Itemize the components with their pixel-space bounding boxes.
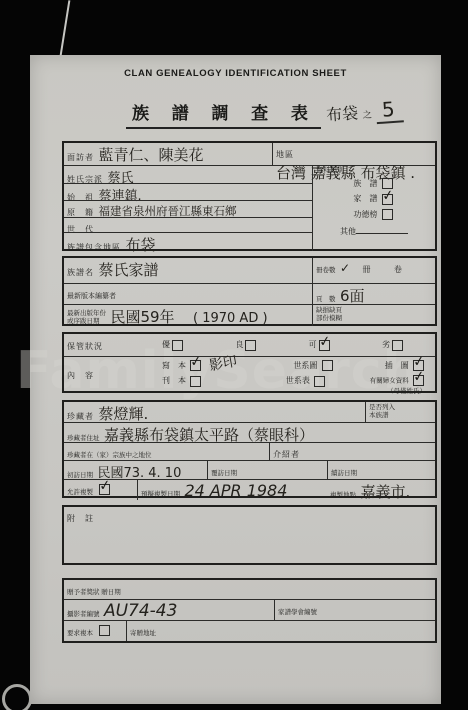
address-cell: 珍藏者住址 嘉義縣布袋鎮太平路（蔡眼科）: [64, 423, 435, 442]
condition-lie: 劣: [382, 339, 405, 350]
region-cell: 地區 台灣 嘉義縣 布袋鎮 .: [272, 143, 435, 165]
editor-label: 最新版本編纂者: [67, 293, 116, 300]
introducer-cell: 介紹者: [269, 443, 435, 460]
jiapu-label: 家 譜: [353, 194, 377, 203]
editor-cell: 最新版本編纂者: [64, 284, 312, 304]
section-book-info: 族譜名 蔡氏家譜 冊卷數 ✓ 冊 卷 最新版本編纂者 頁 數 6面: [62, 256, 437, 326]
manuscript-annotation: 影印: [207, 351, 238, 376]
condition-you: 優: [162, 339, 185, 350]
print-checkbox: [190, 376, 201, 387]
interviewer-value: 藍青仁、陳美花: [98, 146, 203, 164]
followup-cell: 續訪日期: [327, 461, 435, 479]
ancestor-cell: 始 祖 蔡連鎮.: [64, 183, 312, 200]
followup-label: 續訪日期: [331, 470, 357, 477]
tree-table-checkbox: [314, 376, 325, 387]
illustration-label: 插 圖: [385, 361, 409, 370]
genealogy-name-value: 蔡氏家譜: [98, 261, 158, 279]
pubdate-value-western: ( 1970 AD ): [193, 311, 268, 326]
volume-unit-juan: 卷: [394, 265, 403, 274]
volumes-cell: 冊卷數 ✓ 冊 卷: [312, 258, 435, 283]
women-label: 有關婦女資料: [370, 378, 409, 385]
society-cell: 家譜學會編號: [274, 600, 435, 620]
pages-label: 頁 數: [316, 296, 336, 303]
form-page: FamilySearch CLAN GENEALOGY IDENTIFICATI…: [30, 55, 441, 704]
coverage-value: 布袋: [125, 236, 155, 254]
chinese-title: 族 譜 調 查 表: [126, 99, 321, 129]
category-option-gongdebang: 功德榜: [316, 209, 432, 220]
donor-cell: 贈予者獎狀 贈日期: [64, 580, 435, 599]
lie-checkbox: [392, 340, 403, 351]
pubdate-cell: 最新出版年份 或序跋日期 民國59年 ( 1970 AD ): [64, 305, 312, 326]
origin-label: 原 籍: [67, 208, 94, 217]
copy-place-label: 複製地點: [330, 492, 356, 499]
women-checkmark: ✓: [412, 369, 426, 384]
copy-date-value: 24 APR 1984: [184, 481, 287, 500]
category-option-jiapu: 家 譜 ✓: [316, 193, 432, 204]
tree-table-option: 世系表: [286, 375, 327, 395]
donor-label: 贈予者獎狀 贈日期: [67, 589, 121, 596]
address-value: 嘉義縣布袋鎮太平路（蔡眼科）: [104, 426, 314, 444]
section-admin: 贈予者獎狀 贈日期 攝影者編號 AU74-43 家譜學會編號 要求複本 寄贈: [62, 578, 437, 643]
gongdebang-label: 功德榜: [353, 210, 377, 219]
women-note: （母僅姓氏）: [387, 388, 426, 395]
category-option-zupu: 族 譜: [316, 178, 432, 189]
coverage-cell: 族譜包含地區 布袋: [64, 232, 312, 256]
manuscript-checkmark: ✓: [189, 354, 203, 369]
damage-label-line1: 缺損缺頁: [316, 307, 342, 314]
interviewer-cell: 面訪者 藍青仁、陳美花: [64, 143, 272, 165]
category-column: 資料類別 族 譜 家 譜 ✓ 功德榜: [312, 166, 435, 251]
condition-ke: 可✓: [309, 339, 332, 350]
genealogy-name-cell: 族譜名 蔡氏家譜: [64, 258, 312, 283]
manuscript-checkbox: ✓: [190, 360, 201, 371]
revisit-label: 覆訪日期: [211, 470, 237, 477]
copy-place-value: 嘉義市.: [360, 483, 410, 501]
holder-value: 蔡燈輝.: [98, 405, 148, 423]
region-label: 地區: [276, 150, 294, 159]
pubdate-label-line2: 或序跋日期: [67, 318, 100, 325]
ke-checkbox: ✓: [319, 340, 330, 351]
section-holder: 珍藏者 蔡燈輝. 是否列入 本族譜 珍藏者住址 嘉義縣布袋鎮太平路（蔡眼科）: [62, 400, 437, 498]
lineage-column: 姓氏宗派 蔡氏 始 祖 蔡連鎮. 原 籍 福建省泉州府晉江縣東石鄉 世 代: [64, 166, 312, 251]
volumes-checkmark: ✓: [340, 261, 350, 275]
origin-cell: 原 籍 福建省泉州府晉江縣東石鄉: [64, 200, 312, 217]
pubdate-label-line1: 最新出版年份: [67, 310, 106, 317]
film-scratch: [60, 0, 71, 56]
you-checkbox: [172, 340, 183, 351]
permission-cell: 允許複製 ✓: [64, 480, 137, 500]
notes-label: 附 註: [67, 514, 94, 523]
film-reel-mark: [2, 684, 32, 710]
listed-label-line2: 本族譜: [369, 412, 389, 419]
ke-checkmark: ✓: [318, 333, 332, 348]
scanned-document: FamilySearch CLAN GENEALOGY IDENTIFICATI…: [0, 0, 468, 710]
position-label: 珍藏者在（家）宗族中之地位: [67, 452, 152, 459]
page-number: 5: [375, 96, 403, 124]
women-option: 有關婦女資料 ✓ （母僅姓氏）: [370, 375, 426, 395]
jiapu-checkbox: ✓: [382, 194, 393, 205]
photographer-label: 攝影者編號: [67, 611, 100, 618]
volumes-label: 冊卷數: [316, 267, 336, 274]
ke-label: 可: [309, 340, 317, 349]
manuscript-option: 寫 本 ✓ 影印: [162, 360, 203, 371]
interviewer-label: 面訪者: [67, 153, 94, 162]
request-copy-cell: 要求複本: [64, 621, 126, 641]
content-cell: 內 容: [64, 357, 159, 393]
mailing-address-label: 寄贈地址: [130, 630, 156, 637]
damage-cell: 缺損缺頁 部份模糊: [312, 305, 435, 326]
mailing-address-cell: 寄贈地址: [126, 621, 435, 641]
address-label: 珍藏者住址: [67, 435, 100, 442]
genealogy-name-label: 族譜名: [67, 268, 94, 277]
content-options: 寫 本 ✓ 影印 世系圖 插 圖 ✓: [159, 357, 435, 393]
surname-cell: 姓氏宗派 蔡氏: [64, 166, 312, 183]
damage-label: 缺損缺頁 部份模糊: [316, 307, 342, 323]
section-condition: 保管狀況 優 良 可✓ 劣 內 容 寫 本 ✓: [62, 332, 437, 393]
page-note-mid: 之: [362, 111, 372, 122]
pubdate-label: 最新出版年份 或序跋日期: [67, 310, 106, 326]
revisit-cell: 覆訪日期: [207, 461, 327, 479]
pubdate-value: 民國59年: [110, 308, 174, 326]
english-title: CLAN GENEALOGY IDENTIFICATION SHEET: [30, 68, 441, 79]
lie-label: 劣: [382, 340, 390, 349]
permission-checkmark: ✓: [99, 478, 113, 493]
coverage-label: 族譜包含地區: [67, 243, 121, 252]
category-title: 資料類別: [316, 167, 432, 176]
copy-date-cell: 預擬複製日期 24 APR 1984: [137, 480, 327, 500]
tree-chart-label: 世系圖: [293, 361, 317, 370]
pages-value: 6面: [340, 287, 365, 305]
generations-cell: 世 代: [64, 217, 312, 232]
first-visit-cell: 初訪日期 民國73. 4. 10: [64, 461, 207, 479]
damage-label-line2: 部份模糊: [316, 315, 342, 322]
copy-date-label: 預擬複製日期: [141, 491, 180, 498]
other-blank-line: [356, 224, 408, 234]
section-notes: 附 註: [62, 505, 437, 565]
tree-table-label: 世系表: [286, 376, 310, 385]
section-identification: 面訪者 藍青仁、陳美花 地區 台灣 嘉義縣 布袋鎮 . 姓氏宗派 蔡氏 始 祖: [62, 141, 437, 251]
request-copy-label: 要求複本: [67, 630, 93, 637]
tree-chart-checkbox: [322, 360, 333, 371]
category-option-other: 其他: [316, 224, 432, 237]
listed-label: 是否列入 本族譜: [369, 404, 395, 420]
first-visit-label: 初訪日期: [67, 472, 93, 479]
print-label: 刊 本: [162, 376, 186, 385]
content-label: 內 容: [67, 370, 94, 381]
notes-cell: 附 註: [64, 507, 435, 527]
condition-liang: 良: [235, 339, 258, 350]
photographer-value: AU74-43: [104, 601, 177, 621]
photographer-cell: 攝影者編號 AU74-43: [64, 600, 274, 620]
jiapu-checkmark: ✓: [381, 187, 395, 202]
permission-checkbox: ✓: [99, 484, 110, 495]
liang-checkbox: [245, 340, 256, 351]
manuscript-label: 寫 本: [162, 361, 186, 370]
request-copy-checkbox: [99, 625, 110, 636]
listed-cell: 是否列入 本族譜: [365, 402, 435, 422]
condition-options: 優 良 可✓ 劣: [159, 338, 435, 351]
copy-place-cell: 複製地點 嘉義市.: [327, 480, 435, 500]
position-cell: 珍藏者在（家）宗族中之地位: [64, 443, 269, 460]
handwritten-page-note: 布袋 之 5: [325, 96, 403, 125]
page-note-text: 布袋: [326, 103, 359, 124]
women-checkbox: ✓: [413, 375, 424, 386]
holder-cell: 珍藏者 蔡燈輝.: [64, 402, 365, 422]
permission-label: 允許複製: [67, 489, 93, 496]
zupu-label: 族 譜: [353, 179, 377, 188]
gongdebang-checkbox: [382, 209, 393, 220]
introducer-label: 介紹者: [273, 450, 300, 459]
condition-cell: 保管狀況: [64, 335, 159, 355]
other-label: 其他: [340, 227, 356, 236]
holder-label: 珍藏者: [67, 412, 94, 421]
print-option: 刊 本: [162, 375, 203, 395]
you-label: 優: [162, 340, 170, 349]
origin-value: 福建省泉州府晉江縣東石鄉: [98, 204, 236, 218]
tree-chart-option: 世系圖: [293, 360, 334, 371]
society-label: 家譜學會編號: [278, 609, 317, 616]
liang-label: 良: [235, 340, 243, 349]
pages-cell: 頁 數 6面: [312, 284, 435, 304]
condition-label: 保管狀況: [67, 342, 103, 351]
listed-label-line1: 是否列入: [369, 404, 395, 411]
volume-unit-ce: 冊: [362, 265, 371, 274]
